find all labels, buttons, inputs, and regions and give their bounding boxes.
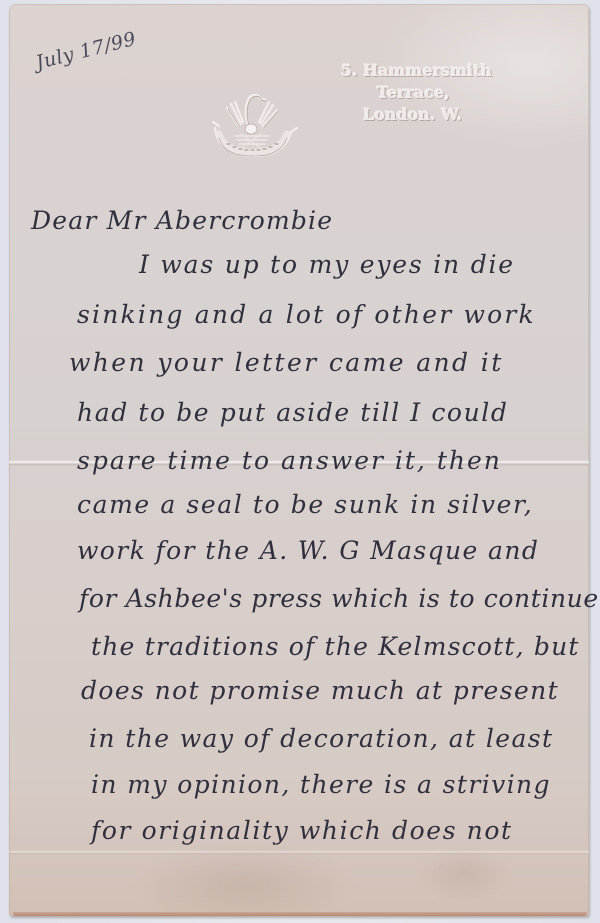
body-line: in the way of decoration, at least [89,724,553,753]
body-line: sinking and a lot of other work [77,300,536,329]
handwritten-letter-body: Dear Mr Abercrombie I was up to my eyes … [9,4,589,916]
body-line: in my opinion, there is a striving [91,770,551,799]
body-line: for Ashbee's press which is to continue [79,584,599,613]
body-line: I was up to my eyes in die [139,250,515,279]
photo-background: July 17/99 [0,0,600,923]
letter-sheet: July 17/99 [9,4,589,916]
body-line: for originality which does not [91,816,513,845]
body-line: the traditions of the Kelmscott, but [91,632,580,661]
body-line: does not promise much at present [81,676,559,705]
body-line: came a seal to be sunk in silver, [77,490,533,519]
body-line: had to be put aside till I could [77,398,508,427]
body-line: work for the A. W. G Masque and [77,536,539,565]
body-line: spare time to answer it, then [77,446,502,475]
body-line: when your letter came and it [69,348,504,377]
salutation: Dear Mr Abercrombie [31,206,333,235]
